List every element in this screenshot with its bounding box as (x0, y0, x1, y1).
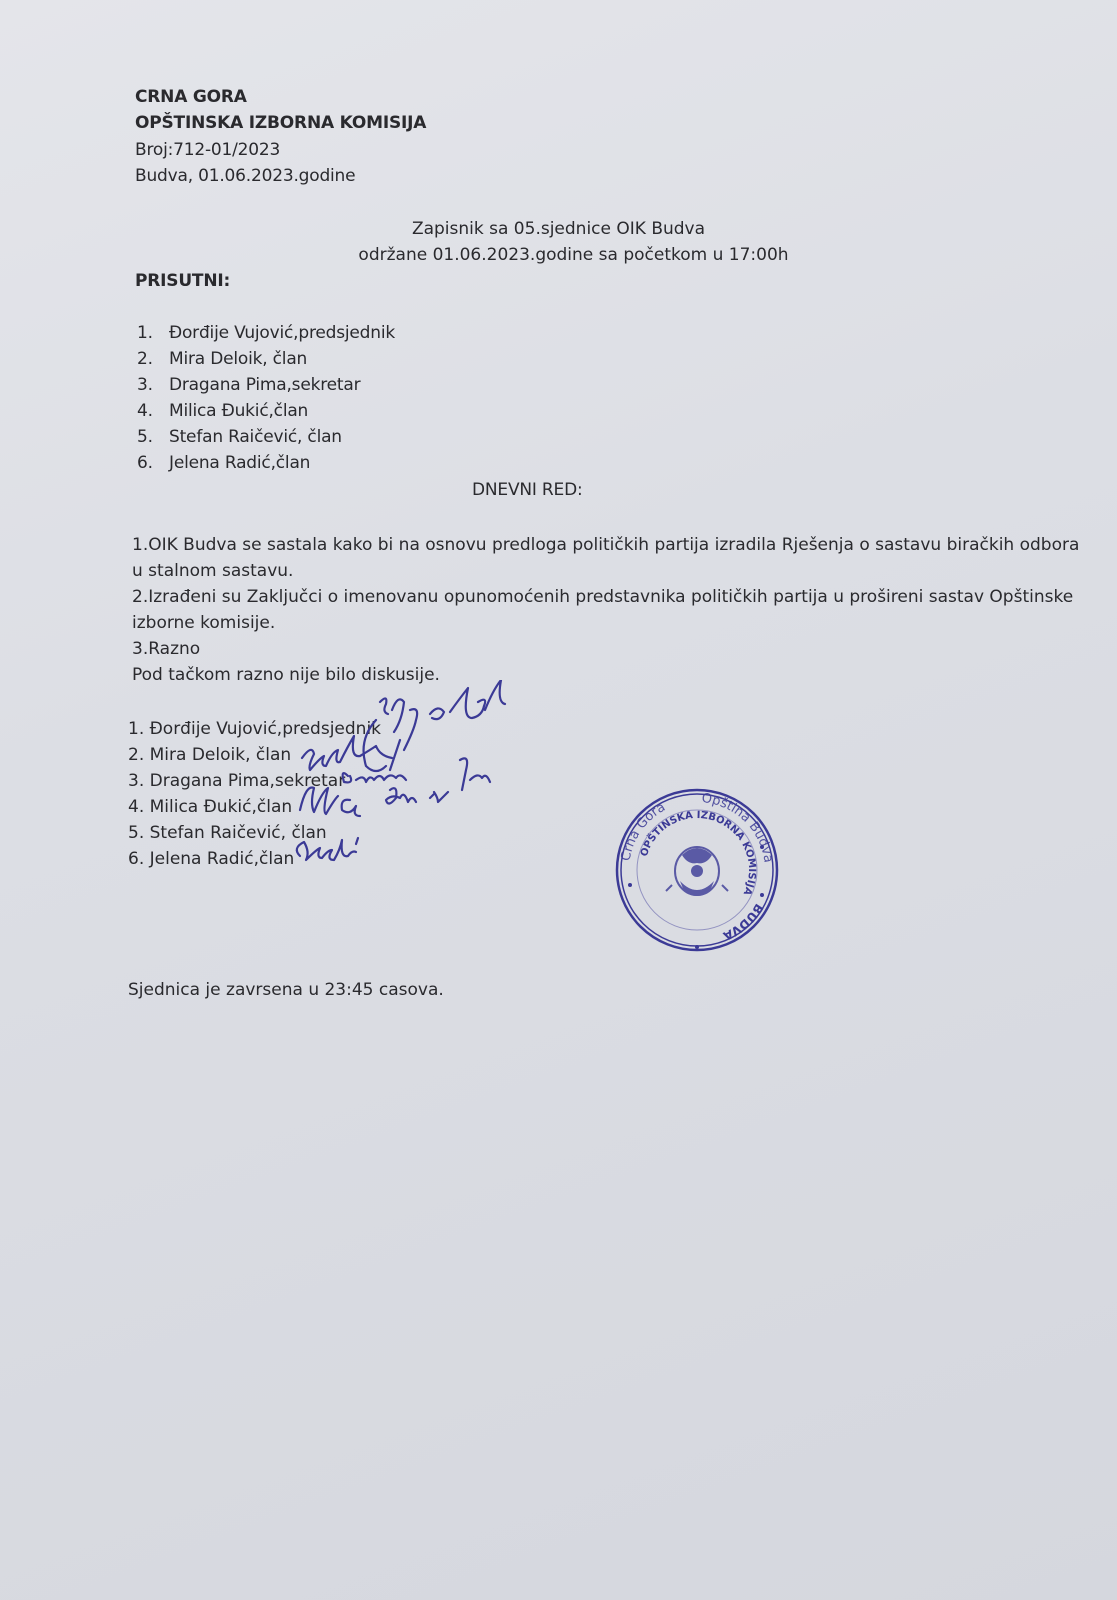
list-item: 2.Mira Deloik, član (137, 346, 307, 372)
agenda-item-1: 1.OIK Budva se sastala kako bi na osnovu… (132, 532, 1082, 584)
place-date: Budva, 01.06.2023.godine (135, 163, 355, 189)
attendees-heading: PRISUTNI: (135, 268, 230, 294)
closing-statement: Sjednica je zavrsena u 23:45 casova. (128, 977, 444, 1003)
agenda-note: Pod tačkom razno nije bilo diskusije. (132, 662, 1082, 688)
minutes-title: Zapisnik sa 05.sjednice OIK Budva (0, 216, 1117, 242)
official-stamp-icon: Crna Gora Opština Budva BUDVA OPŠTINSKA … (612, 785, 782, 955)
list-item: 1.Đorđije Vujović,predsjednik (137, 320, 395, 346)
agenda-item-2: 2.Izrađeni su Zaključci o imenovanu opun… (132, 584, 1082, 636)
agenda-item-3: 3.Razno (132, 636, 1082, 662)
handwritten-signatures-icon (280, 680, 560, 880)
list-item: 3.Dragana Pima,sekretar (137, 372, 360, 398)
list-item: 5.Stefan Raičević, član (137, 424, 342, 450)
agenda-heading: DNEVNI RED: (472, 477, 582, 503)
country-name: CRNA GORA (135, 84, 247, 110)
list-item: 4.Milica Đukić,član (137, 398, 308, 424)
document-page: CRNA GORA OPŠTINSKA IZBORNA KOMISIJA Bro… (0, 0, 1117, 1600)
list-item: 6.Jelena Radić,član (137, 450, 310, 476)
commission-name: OPŠTINSKA IZBORNA KOMISIJA (135, 110, 426, 136)
agenda-body: 1.OIK Budva se sastala kako bi na osnovu… (132, 532, 1082, 688)
minutes-subtitle: održane 01.06.2023.godine sa početkom u … (0, 242, 1117, 268)
document-number: Broj:712-01/2023 (135, 137, 280, 163)
